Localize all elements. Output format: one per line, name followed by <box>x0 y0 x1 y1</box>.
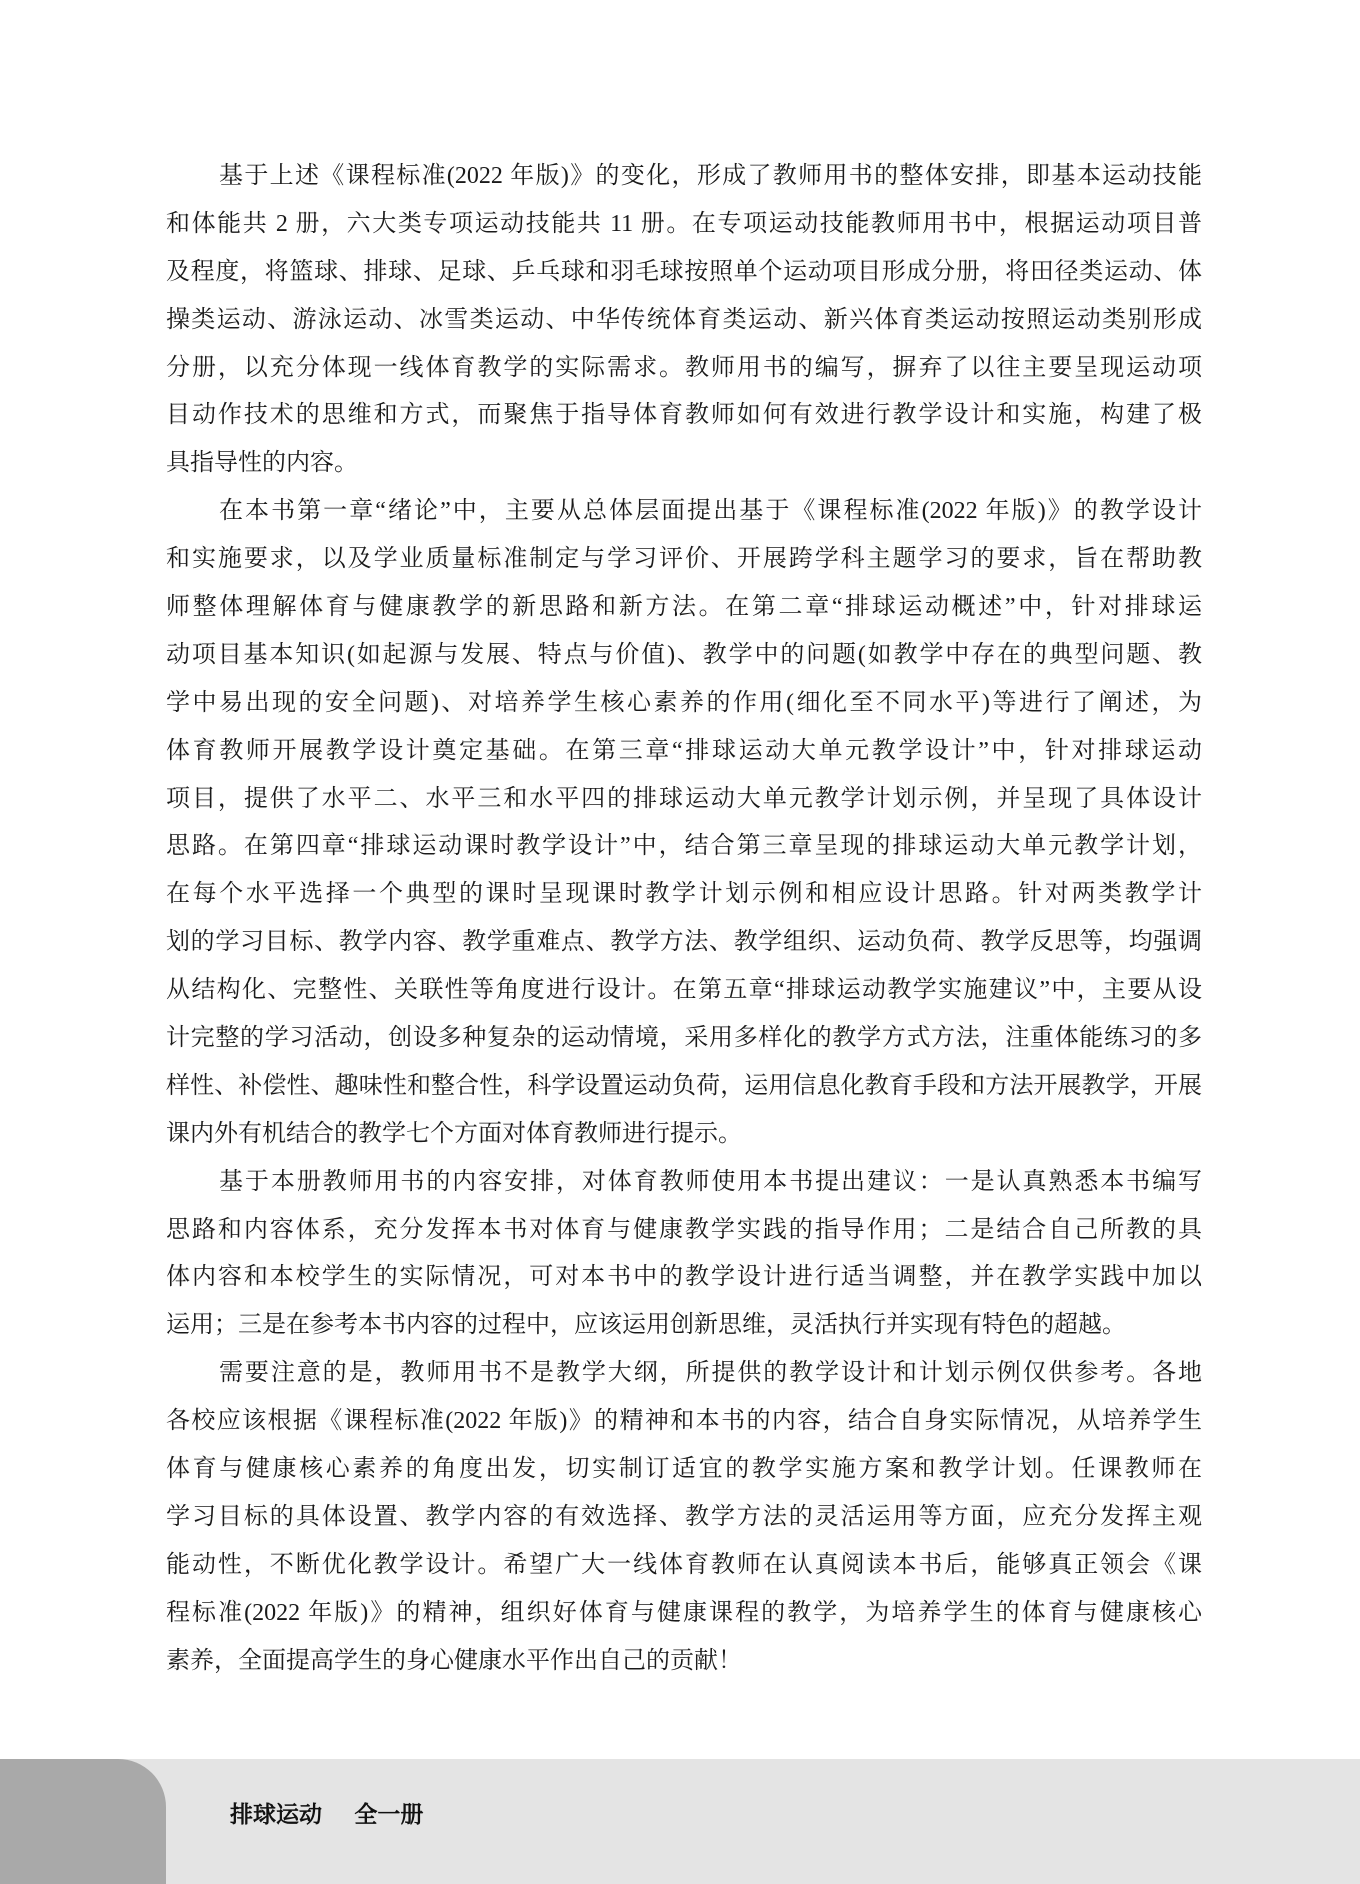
text-line: 学习目标的具体设置、教学内容的有效选择、教学方法的灵活运用等方面，应充分发挥主观 <box>166 1494 1202 1542</box>
text-line: 样性、补偿性、趣味性和整合性，科学设置运动负荷，运用信息化教育手段和方法开展教学… <box>166 1063 1202 1111</box>
text-line: 目动作技术的思维和方式，而聚焦于指导体育教师如何有效进行教学设计和实施，构建了极 <box>166 392 1202 440</box>
paragraph: 基于上述《课程标准(2022 年版)》的变化，形成了教师用书的整体安排，即基本运… <box>166 153 1202 488</box>
text-line: 素养，全面提高学生的身心健康水平作出自己的贡献！ <box>166 1638 1202 1686</box>
footer-volume: 全一册 <box>354 1801 423 1827</box>
text-line: 思路和内容体系，充分发挥本书对体育与健康教学实践的指导作用；二是结合自己所教的具 <box>166 1207 1202 1255</box>
footer-book-title: 排球运动 <box>230 1801 322 1827</box>
text-line: 从结构化、完整性、关联性等角度进行设计。在第五章“排球运动教学实施建议”中，主要… <box>166 967 1202 1015</box>
text-line: 在本书第一章“绪论”中，主要从总体层面提出基于《课程标准(2022 年版)》的教… <box>166 488 1202 536</box>
text-line: 师整体理解体育与健康教学的新思路和新方法。在第二章“排球运动概述”中，针对排球运 <box>166 584 1202 632</box>
paragraph: 基于本册教师用书的内容安排，对体育教师使用本书提出建议：一是认真熟悉本书编写思路… <box>166 1159 1202 1351</box>
text-line: 操类运动、游泳运动、冰雪类运动、中华传统体育类运动、新兴体育类运动按照运动类别形… <box>166 297 1202 345</box>
text-line: 程标准(2022 年版)》的精神，组织好体育与健康课程的教学，为培养学生的体育与… <box>166 1590 1202 1638</box>
text-line: 划的学习目标、教学内容、教学重难点、教学方法、教学组织、运动负荷、教学反思等，均… <box>166 919 1202 967</box>
text-line: 动项目基本知识(如起源与发展、特点与价值)、教学中的问题(如教学中存在的典型问题… <box>166 632 1202 680</box>
footer-label: 排球运动 全一册 <box>230 1800 423 1828</box>
text-line: 体育教师开展教学设计奠定基础。在第三章“排球运动大单元教学设计”中，针对排球运动 <box>166 728 1202 776</box>
text-line: 体内容和本校学生的实际情况，可对本书中的教学设计进行适当调整，并在教学实践中加以 <box>166 1254 1202 1302</box>
text-line: 具指导性的内容。 <box>166 440 1202 488</box>
text-line: 体育与健康核心素养的角度出发，切实制订适宜的教学实施方案和教学计划。任课教师在 <box>166 1446 1202 1494</box>
text-line: 在每个水平选择一个典型的课时呈现课时教学计划示例和相应设计思路。针对两类教学计 <box>166 871 1202 919</box>
text-line: 能动性，不断优化教学设计。希望广大一线体育教师在认真阅读本书后，能够真正领会《课 <box>166 1542 1202 1590</box>
footer-tab <box>0 1759 166 1884</box>
footer-band <box>0 1759 1360 1884</box>
text-line: 基于上述《课程标准(2022 年版)》的变化，形成了教师用书的整体安排，即基本运… <box>166 153 1202 201</box>
paragraph: 在本书第一章“绪论”中，主要从总体层面提出基于《课程标准(2022 年版)》的教… <box>166 488 1202 1158</box>
text-line: 项目，提供了水平二、水平三和水平四的排球运动大单元教学计划示例，并呈现了具体设计 <box>166 776 1202 824</box>
book-page: 基于上述《课程标准(2022 年版)》的变化，形成了教师用书的整体安排，即基本运… <box>0 0 1360 1884</box>
text-block: 基于上述《课程标准(2022 年版)》的变化，形成了教师用书的整体安排，即基本运… <box>166 153 1202 1686</box>
text-line: 基于本册教师用书的内容安排，对体育教师使用本书提出建议：一是认真熟悉本书编写 <box>166 1159 1202 1207</box>
text-line: 思路。在第四章“排球运动课时教学设计”中，结合第三章呈现的排球运动大单元教学计划… <box>166 823 1202 871</box>
text-line: 需要注意的是，教师用书不是教学大纲，所提供的教学设计和计划示例仅供参考。各地 <box>166 1350 1202 1398</box>
text-line: 运用；三是在参考本书内容的过程中，应该运用创新思维，灵活执行并实现有特色的超越。 <box>166 1302 1202 1350</box>
text-line: 分册，以充分体现一线体育教学的实际需求。教师用书的编写，摒弃了以往主要呈现运动项 <box>166 345 1202 393</box>
text-line: 和体能共 2 册，六大类专项运动技能共 11 册。在专项运动技能教师用书中，根据… <box>166 201 1202 249</box>
text-line: 学中易出现的安全问题)、对培养学生核心素养的作用(细化至不同水平)等进行了阐述，… <box>166 680 1202 728</box>
text-line: 各校应该根据《课程标准(2022 年版)》的精神和本书的内容，结合自身实际情况，… <box>166 1398 1202 1446</box>
text-line: 课内外有机结合的教学七个方面对体育教师进行提示。 <box>166 1111 1202 1159</box>
text-line: 和实施要求，以及学业质量标准制定与学习评价、开展跨学科主题学习的要求，旨在帮助教 <box>166 536 1202 584</box>
text-line: 及程度，将篮球、排球、足球、乒乓球和羽毛球按照单个运动项目形成分册，将田径类运动… <box>166 249 1202 297</box>
paragraph: 需要注意的是，教师用书不是教学大纲，所提供的教学设计和计划示例仅供参考。各地各校… <box>166 1350 1202 1685</box>
text-line: 计完整的学习活动，创设多种复杂的运动情境，采用多样化的教学方式方法，注重体能练习… <box>166 1015 1202 1063</box>
